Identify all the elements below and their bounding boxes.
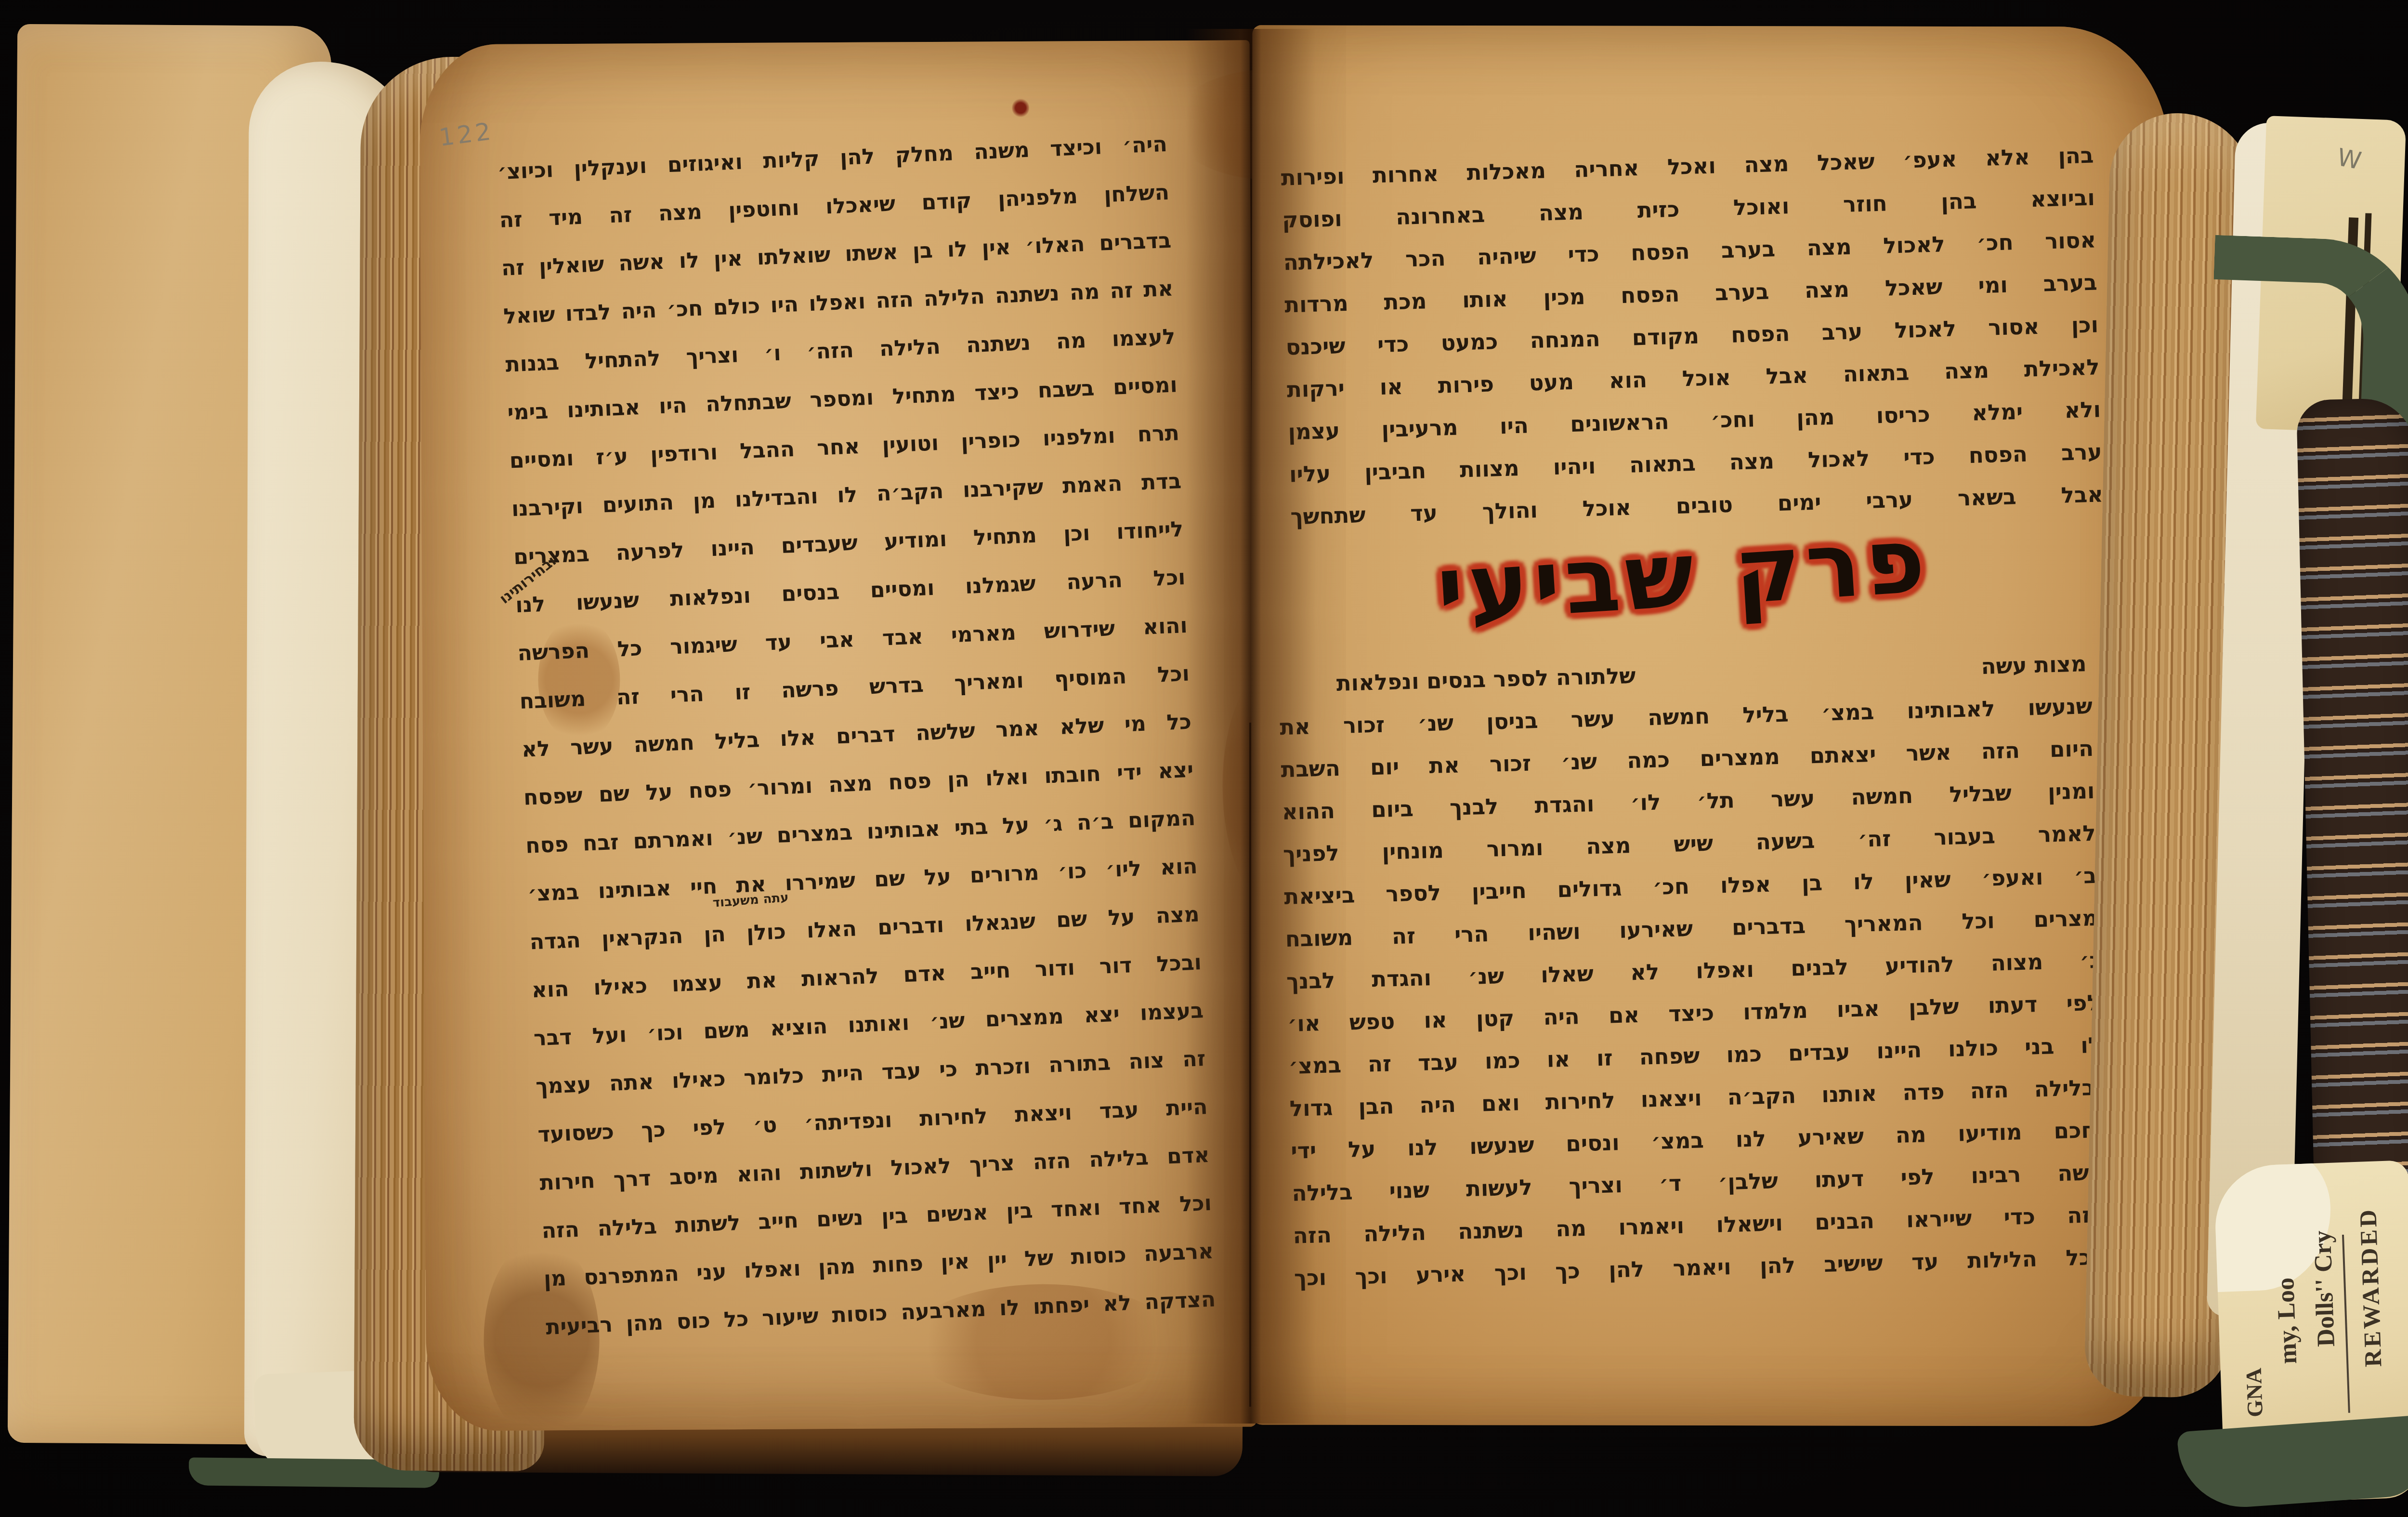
right-text-block-top: בהן אלא אעפ׳ שאכל מצה ואכל אחריה מאכלות … <box>1281 134 2104 539</box>
folio-number: 122 <box>437 117 495 152</box>
chapter-opening-right: מצות עשה <box>1980 643 2087 688</box>
green-cover-bottom-edge <box>2177 1415 2408 1512</box>
chapter-opening-left: שלתורה לספר בנסים ונפלאות <box>1336 655 1636 705</box>
newsprint-text: Dolls'' Cry <box>2308 1230 2341 1347</box>
left-page: 122 היה׳ וכיצד משנה מחלק להן קליות ואיגו… <box>419 40 1256 1431</box>
right-lines-after-heading: שנעשו לאבותינו במצ׳ בליל חמשה עשר בניסן … <box>1279 685 2107 1300</box>
newsprint-rule <box>2342 1235 2350 1413</box>
ink-stain <box>1012 98 1029 118</box>
gutter-fold-line <box>1249 723 1251 1407</box>
manuscript-photograph: 122 היה׳ וכיצד משנה מחלק להן קליות ואיגו… <box>0 0 2408 1517</box>
newsprint-text: REWARDED <box>2354 1207 2387 1368</box>
rubric-row: פרק שביעי <box>1275 516 2091 664</box>
right-page-surface: בהן אלא אעפ׳ שאכל מצה ואכל אחריה מאכלות … <box>1250 25 2170 1426</box>
pencil-owner-mark: W <box>2335 143 2364 175</box>
newsprint-text: my, Loo <box>2271 1277 2303 1364</box>
right-page: בהן אלא אעפ׳ שאכל מצה ואכל אחריה מאכלות … <box>1250 25 2170 1426</box>
newsprint-text: GNA <box>2241 1368 2268 1418</box>
right-text-block-bottom: פרק שביעי מצות עשה שלתורה לספר בנסים ונפ… <box>1275 516 2107 1300</box>
left-text-block: היה׳ וכיצד משנה מחלק להן קליות ואיגוזים … <box>497 120 1217 1366</box>
striped-binding-cloth <box>2296 397 2408 1250</box>
